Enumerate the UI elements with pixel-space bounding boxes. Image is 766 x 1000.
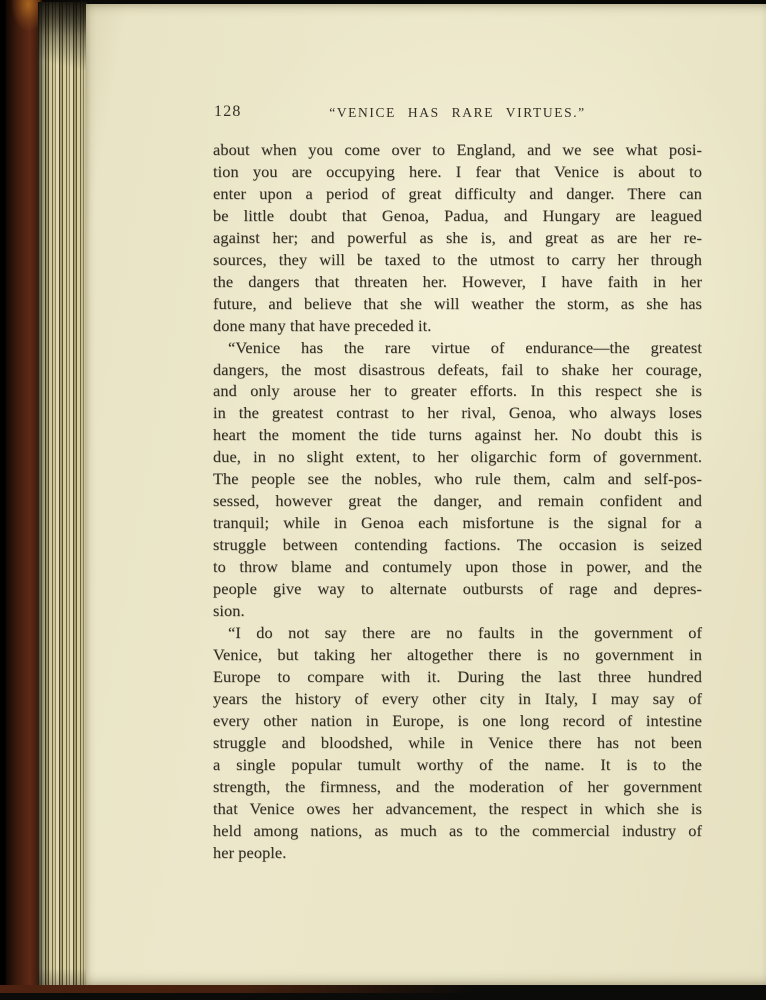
text-line: tion you are occupying here. I fear that… xyxy=(213,161,702,183)
text-line: held among nations, as much as to the co… xyxy=(213,820,702,842)
text-line: “I do not say there are no faults in the… xyxy=(213,622,702,644)
text-line: every other nation in Europe, is one lon… xyxy=(213,710,702,732)
text-line: sion. xyxy=(213,600,702,622)
text-line: the dangers that threaten her. However, … xyxy=(213,271,702,293)
text-block: about when you come over to England, and… xyxy=(213,139,702,863)
text-line: to throw blame and contumely upon those … xyxy=(213,556,702,578)
book-photo: 128 “VENICE HAS RARE VIRTUES.” about whe… xyxy=(0,0,766,1000)
text-line: struggle between contending factions. Th… xyxy=(213,534,702,556)
text-line: people give way to alternate outbursts o… xyxy=(213,578,702,600)
text-line: a single popular tumult worthy of the na… xyxy=(213,754,702,776)
text-line: sources, they will be taxed to the utmos… xyxy=(213,249,702,271)
text-line: future, and believe that she will weathe… xyxy=(213,293,702,315)
text-line: “Venice has the rare virtue of endurance… xyxy=(213,337,702,359)
text-line: struggle and bloodshed, while in Venice … xyxy=(213,732,702,754)
page-header: 128 “VENICE HAS RARE VIRTUES.” xyxy=(213,103,702,139)
text-line: be little doubt that Genoa, Padua, and H… xyxy=(213,205,702,227)
text-line: done many that have preceded it. xyxy=(213,315,702,337)
book-cover-edge xyxy=(6,0,40,1000)
book-cover-bottom xyxy=(0,985,766,1000)
text-line: due, in no slight extent, to her oligarc… xyxy=(213,446,702,468)
text-line: Venice, but taking her altogether there … xyxy=(213,644,702,666)
book-page-edges xyxy=(38,2,88,994)
text-line: her people. xyxy=(213,842,702,864)
text-line: heart the moment the tide turns against … xyxy=(213,424,702,446)
text-line: strength, the firmness, and the moderati… xyxy=(213,776,702,798)
text-line: Europe to compare with it. During the la… xyxy=(213,666,702,688)
text-line: sessed, however great the danger, and re… xyxy=(213,490,702,512)
text-line: in the greatest contrast to her rival, G… xyxy=(213,402,702,424)
text-line: against her; and powerful as she is, and… xyxy=(213,227,702,249)
text-line: about when you come over to England, and… xyxy=(213,139,702,161)
text-line: that Venice owes her advancement, the re… xyxy=(213,798,702,820)
running-header: “VENICE HAS RARE VIRTUES.” xyxy=(213,103,702,121)
text-line: tranquil; while in Genoa each misfortune… xyxy=(213,512,702,534)
text-line: dangers, the most disastrous defeats, fa… xyxy=(213,359,702,381)
text-line: The people see the nobles, who rule them… xyxy=(213,468,702,490)
book-page: 128 “VENICE HAS RARE VIRTUES.” about whe… xyxy=(86,4,766,985)
page-content: 128 “VENICE HAS RARE VIRTUES.” about whe… xyxy=(213,103,702,863)
text-line: years the history of every other city in… xyxy=(213,688,702,710)
page-number: 128 xyxy=(214,103,242,121)
text-line: and only arouse her to greater efforts. … xyxy=(213,380,702,402)
text-line: enter upon a period of great difficulty … xyxy=(213,183,702,205)
